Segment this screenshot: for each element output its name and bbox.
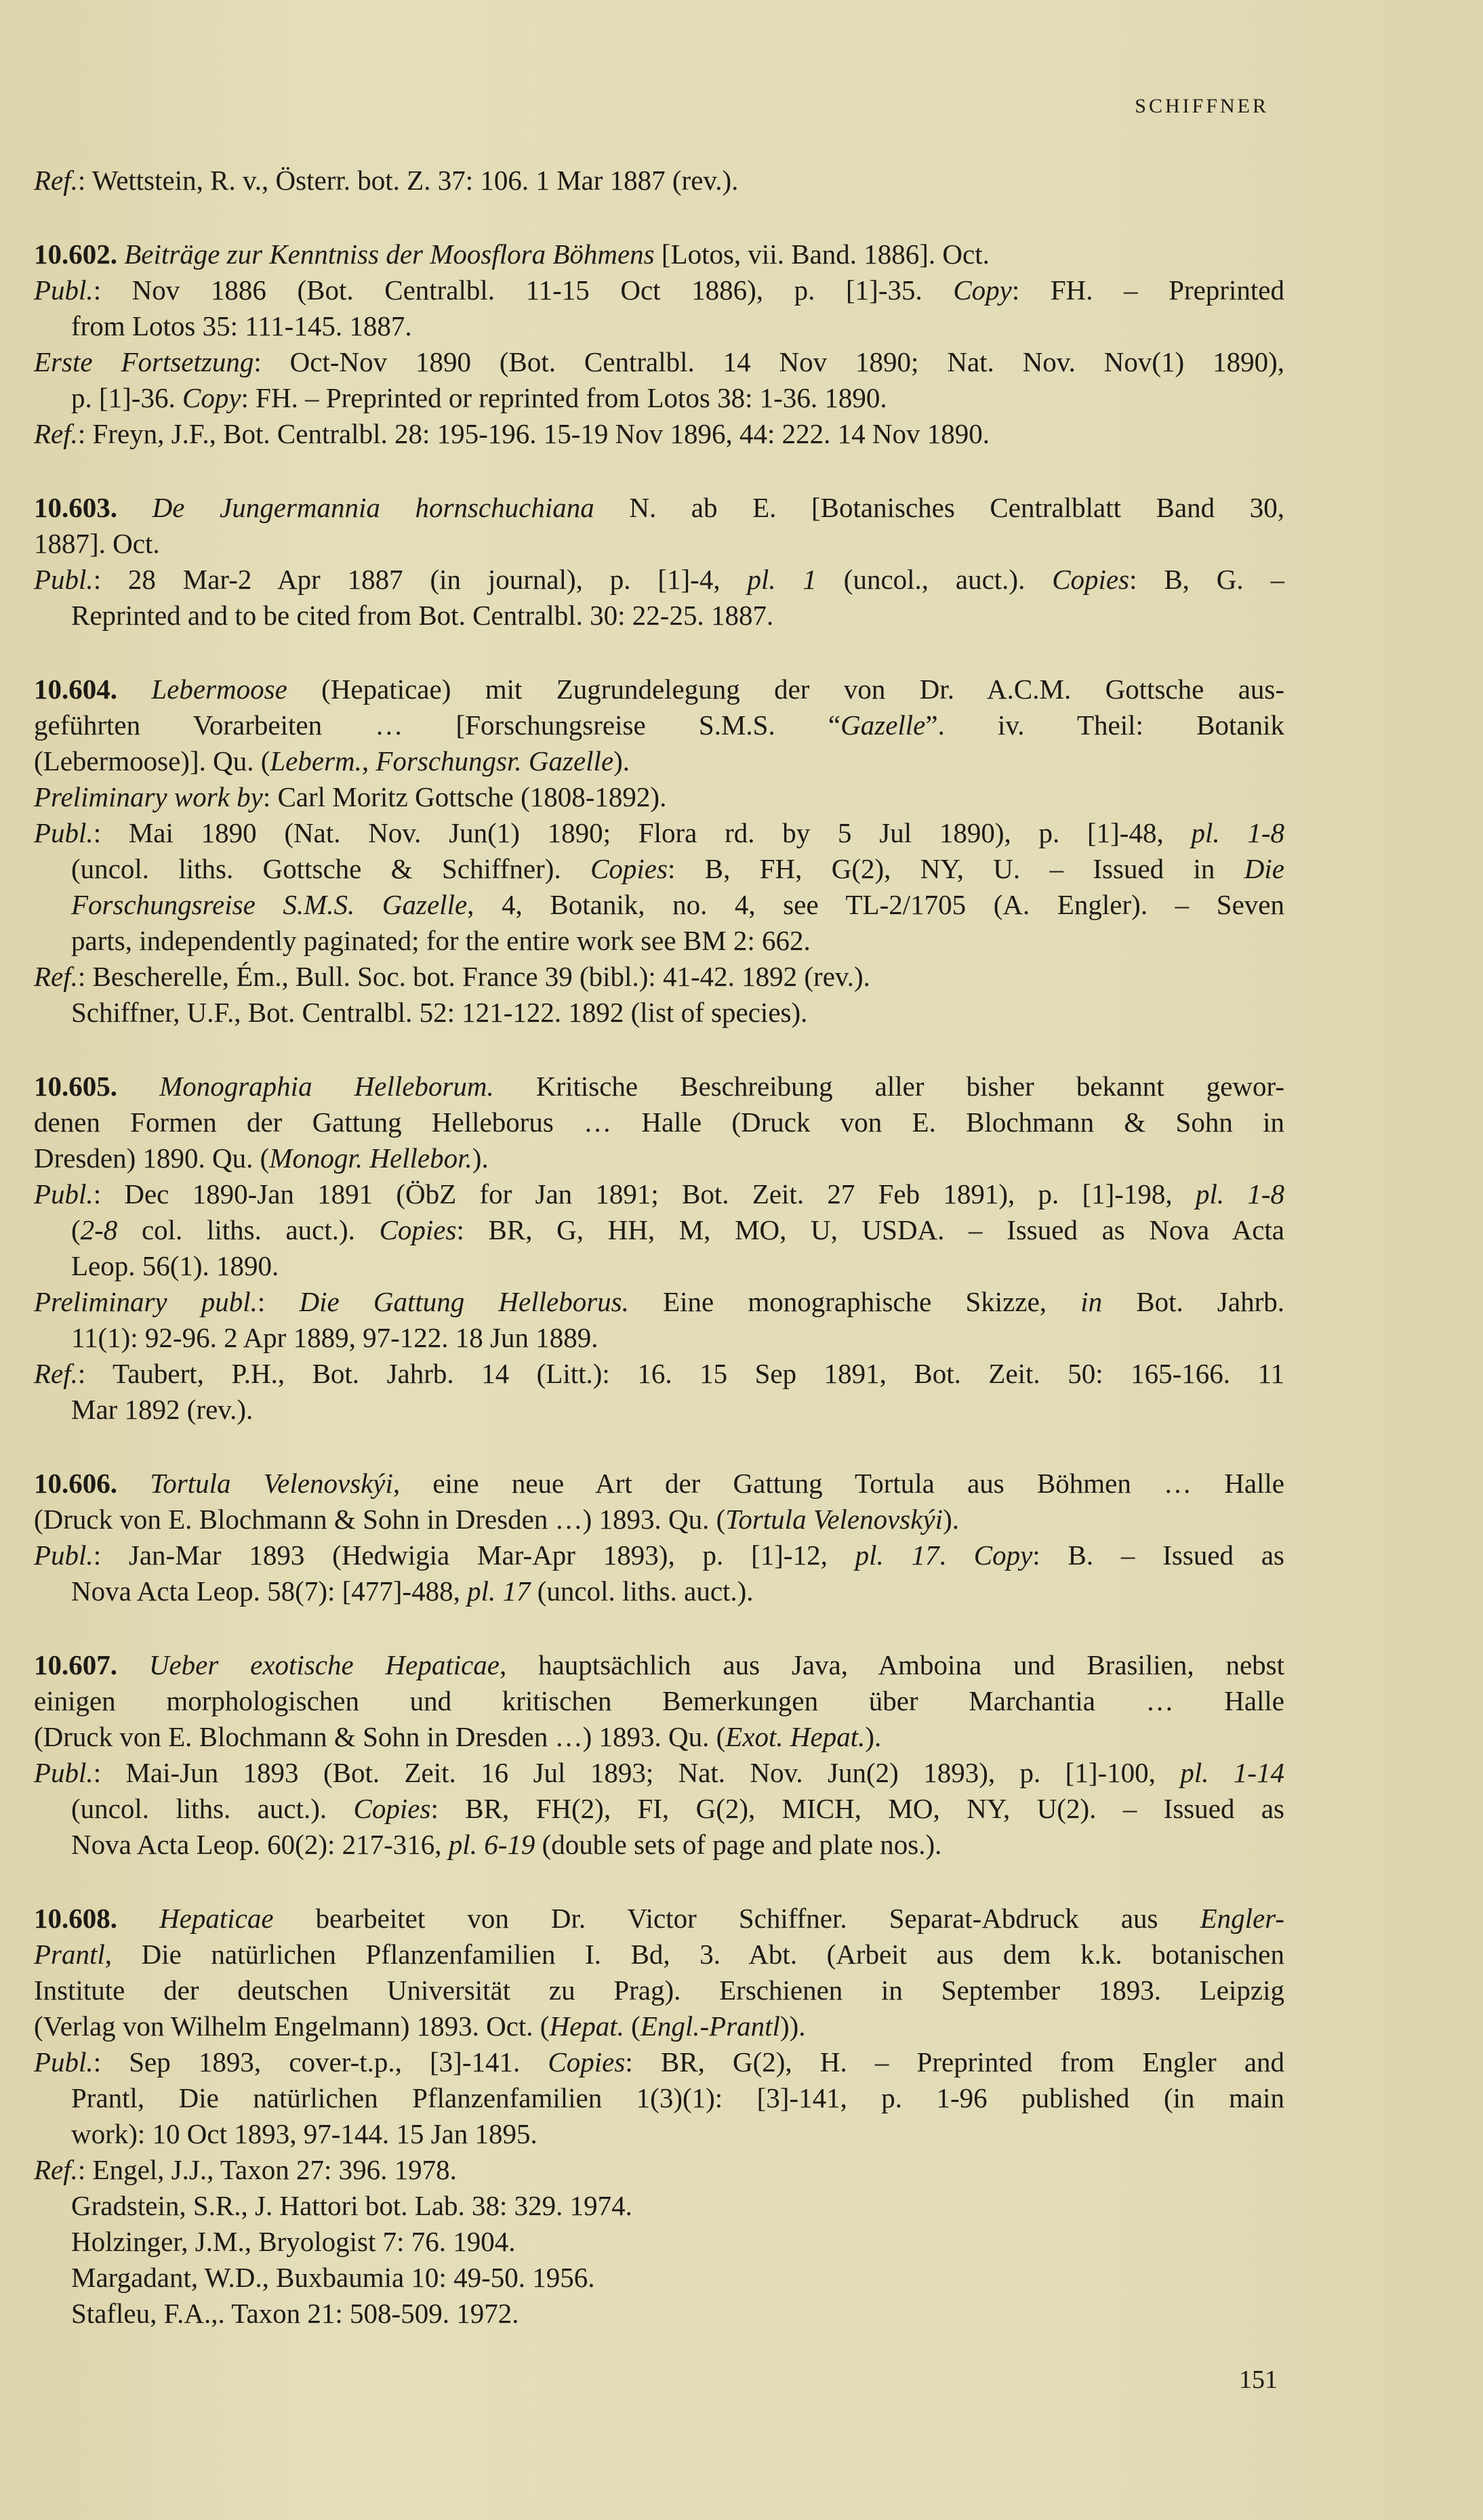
entry-line: 10.603. De Jungermannia hornschuchiana N… [34,490,1284,526]
entry-line: work): 10 Oct 1893, 97-144. 15 Jan 1895. [34,2116,1284,2152]
entry-line: Holzinger, J.M., Bryologist 7: 76. 1904. [34,2224,1284,2260]
entry-line: (Verlag von Wilhelm Engelmann) 1893. Oct… [34,2008,1284,2044]
italic-text: Tortula Velenovskýi [725,1504,943,1535]
text-run: ). [865,1721,881,1752]
italic-text: Monogr. Hellebor. [269,1142,472,1174]
text-run: : 28 Mar-2 Apr 1887 (in journal), p. [1]… [94,564,748,595]
text-run: Nova Acta Leop. 58(7): [477]-488, [71,1575,467,1607]
text-run: : Sep 1893, cover-t.p., [3]-141. [94,2046,548,2078]
text-run: (uncol. liths. auct.). [71,1793,354,1824]
italic-text: Forschungsreise S.M.S. Gazelle [71,889,467,920]
text-run: p. [1]-36. [71,382,182,413]
text-run: : Dec 1890-Jan 1891 (ÖbZ for Jan 1891; B… [94,1178,1196,1210]
entry-line: parts, independently paginated; for the … [34,923,1284,959]
italic-text: Ref. [34,165,78,196]
entry-line: 10.602. Beiträge zur Kenntniss der Moosf… [34,236,1284,272]
entry-line: Ref.: Wettstein, R. v., Österr. bot. Z. … [34,163,1284,199]
entry-line: Nova Acta Leop. 58(7): [477]-488, pl. 17… [34,1573,1284,1609]
text-run: Leop. 56(1). 1890. [71,1250,279,1281]
text-run: work): 10 Oct 1893, 97-144. 15 Jan 1895. [71,2118,537,2149]
entry-line: Publ.: 28 Mar-2 Apr 1887 (in journal), p… [34,562,1284,598]
text-run: : Freyn, J.F., Bot. Centralbl. 28: 195-1… [78,418,990,449]
entry-line: 1887]. Oct. [34,526,1284,562]
entry-line: (Lebermoose)]. Qu. (Leberm., Forschungsr… [34,743,1284,779]
entry-line: Publ.: Dec 1890-Jan 1891 (ÖbZ for Jan 18… [34,1176,1284,1212]
text-run: Stafleu, F.A.,. Taxon 21: 508-509. 1972. [71,2298,519,2329]
entry-line: Ref.: Freyn, J.F., Bot. Centralbl. 28: 1… [34,416,1284,452]
entry-line: Publ.: Mai-Jun 1893 (Bot. Zeit. 16 Jul 1… [34,1755,1284,1791]
entry-line: Ref.: Bescherelle, Ém., Bull. Soc. bot. … [34,959,1284,995]
entry-line: Dresden) 1890. Qu. (Monogr. Hellebor.). [34,1140,1284,1176]
entry-line: Gradstein, S.R., J. Hattori bot. Lab. 38… [34,2188,1284,2224]
entry-line: Prantl, Die natürlichen Pflanzenfamilien… [34,2080,1284,2116]
text-run: Reprinted and to be cited from Bot. Cent… [71,600,773,631]
italic-text: Ref. [34,1358,78,1389]
text-run: Institute der deutschen Universität zu P… [34,1975,1284,2006]
text-run: 11(1): 92-96. 2 Apr 1889, 97-122. 18 Jun… [71,1322,598,1353]
text-run: : BR, G, HH, M, MO, U, USDA. – Issued as… [456,1214,1284,1245]
text-run: (Verlag von Wilhelm Engelmann) 1893. Oct… [34,2010,549,2042]
italic-text: Monographia Helleborum. [159,1071,494,1102]
text-run: : B, FH, G(2), NY, U. – Issued in [668,853,1244,884]
text-run: : B. – Issued as [1032,1540,1284,1571]
text-run: Nova Acta Leop. 60(2): 217-316, [71,1829,449,1860]
text-run: : [258,1286,300,1317]
text-run: (double sets of page and plate nos.). [535,1829,941,1860]
text-run: from Lotos 35: 111-145. 1887. [71,310,412,342]
entry-line: Ref.: Engel, J.J., Taxon 27: 396. 1978. [34,2152,1284,2188]
italic-text: Lebermoose [151,674,287,705]
entry-line: (Druck von E. Blochmann & Sohn in Dresde… [34,1719,1284,1755]
entry-line: p. [1]-36. Copy: FH. – Preprinted or rep… [34,380,1284,416]
italic-text: Publ. [34,2046,94,2078]
entry-line: (Druck von E. Blochmann & Sohn in Dresde… [34,1502,1284,1537]
italic-text: Publ. [34,817,94,848]
text-run: bearbeitet von Dr. Victor Schiffner. Sep… [274,1903,1200,1934]
text-run: N. ab E. [Botanisches Centralblatt Band … [594,492,1284,523]
text-run: : B, G. – [1129,564,1284,595]
italic-text: Engl.-Prantl [641,2010,780,2042]
entry-line: 10.606. Tortula Velenovskýi, eine neue A… [34,1466,1284,1502]
entry-line: Leop. 56(1). 1890. [34,1248,1284,1284]
text-run: ( [624,2010,641,2042]
text-run: : Jan-Mar 1893 (Hedwigia Mar-Apr 1893), … [94,1540,855,1571]
text-run: : Mai-Jun 1893 (Bot. Zeit. 16 Jul 1893; … [94,1757,1181,1788]
italic-text: Copies [380,1214,457,1245]
text-run: , eine neue Art der Gattung Tortula aus … [393,1468,1284,1499]
text-run: ). [613,745,630,777]
text-run: Eine monographische Skizze, [629,1286,1080,1317]
text-run: (Druck von E. Blochmann & Sohn in Dresde… [34,1504,725,1535]
bibliography-entry: 10.604. Lebermoose (Hepaticae) mit Zugru… [34,672,1284,1031]
italic-text: Preliminary work by [34,781,263,812]
text-run: : BR, G(2), H. – Preprinted from Engler … [625,2046,1284,2078]
text-run: . [939,1540,974,1571]
entry-line: Nova Acta Leop. 60(2): 217-316, pl. 6-19… [34,1827,1284,1863]
text-run: : Engel, J.J., Taxon 27: 396. 1978. [78,2154,457,2185]
italic-text: Hepat. [549,2010,624,2042]
text-run: , Die natürlichen Pflanzenfamilien I. Bd… [105,1939,1284,1970]
text-run: Mar 1892 (rev.). [71,1394,253,1425]
text-run: : Carl Moritz Gottsche (1808-1892). [263,781,667,812]
text-run: )). [780,2010,806,2042]
italic-text: De Jungermannia hornschuchiana [153,492,594,523]
text-run: Kritische Beschreibung aller bisher beka… [494,1071,1284,1102]
entry-line: 10.605. Monographia Helleborum. Kritisch… [34,1069,1284,1104]
entry-line: geführten Vorarbeiten … [Forschungsreise… [34,707,1284,743]
italic-text: Copy [182,382,241,413]
text-run: Bot. Jahrb. [1102,1286,1284,1317]
italic-text: Copies [590,853,668,884]
italic-text: Ref. [34,2154,78,2185]
italic-text: Copies [354,1793,431,1824]
entry-line: denen Formen der Gattung Helleborus … Ha… [34,1104,1284,1140]
italic-text: Gazelle [840,709,925,741]
entry-line: Forschungsreise S.M.S. Gazelle, 4, Botan… [34,887,1284,923]
italic-text: pl. 1-8 [1191,817,1284,848]
text-run: parts, independently paginated; for the … [71,925,811,956]
text-run: (Druck von E. Blochmann & Sohn in Dresde… [34,1721,725,1752]
entry-number: 10.606. [34,1468,150,1499]
text-run: ( [71,1214,81,1245]
text-run: (Lebermoose)]. Qu. ( [34,745,270,777]
text-run: (Hepaticae) mit Zugrundelegung der von D… [287,674,1284,705]
entry-line: Publ.: Mai 1890 (Nat. Nov. Jun(1) 1890; … [34,815,1284,851]
italic-text: Publ. [34,1540,94,1571]
text-run: Schiffner, U.F., Bot. Centralbl. 52: 121… [71,997,807,1028]
italic-text: Tortula Velenovskýi [150,1468,393,1499]
entry-line: Preliminary publ.: Die Gattung Helleboru… [34,1284,1284,1320]
text-run: 1887]. Oct. [34,528,160,559]
italic-text: Prantl [34,1939,105,1970]
italic-text: Publ. [34,274,94,306]
italic-text: pl. 1-14 [1180,1757,1284,1788]
text-run: : BR, FH(2), FI, G(2), MICH, MO, NY, U(2… [430,1793,1284,1824]
bibliography-entry: 10.608. Hepaticae bearbeitet von Dr. Vic… [34,1901,1284,2332]
entry-line: 11(1): 92-96. 2 Apr 1889, 97-122. 18 Jun… [34,1320,1284,1356]
entry-number: 10.604. [34,674,151,705]
entry-line: (uncol. liths. auct.). Copies: BR, FH(2)… [34,1791,1284,1827]
text-run: Gradstein, S.R., J. Hattori bot. Lab. 38… [71,2190,632,2221]
entry-line: Publ.: Sep 1893, cover-t.p., [3]-141. Co… [34,2044,1284,2080]
italic-text: Ueber exotische Hepaticae [149,1649,500,1680]
text-run: (uncol., auct.). [817,564,1052,595]
italic-text: Copies [548,2046,625,2078]
text-run: ). [943,1504,959,1535]
bibliography-page: Ref.: Wettstein, R. v., Österr. bot. Z. … [34,163,1284,2370]
text-run: : Bescherelle, Ém., Bull. Soc. bot. Fran… [78,961,870,992]
text-run: : Nov 1886 (Bot. Centralbl. 11-15 Oct 18… [94,274,954,306]
italic-text: Beiträge zur Kenntniss der Moosflora Böh… [124,239,654,270]
text-run: (uncol. liths. auct.). [531,1575,754,1607]
entry-number: 10.607. [34,1649,149,1680]
entry-line: 10.607. Ueber exotische Hepaticae, haupt… [34,1647,1284,1683]
entry-line: from Lotos 35: 111-145. 1887. [34,308,1284,344]
italic-text: pl. 6-19 [449,1829,535,1860]
entry-line: 10.608. Hepaticae bearbeitet von Dr. Vic… [34,1901,1284,1937]
italic-text: in [1080,1286,1102,1317]
italic-text: Preliminary publ. [34,1286,258,1317]
italic-text: pl. 1 [747,564,817,595]
text-run: , 4, Botanik, no. 4, see TL-2/1705 (A. E… [467,889,1284,920]
italic-text: Ref. [34,418,78,449]
entry-line: Ref.: Taubert, P.H., Bot. Jahrb. 14 (Lit… [34,1356,1284,1392]
text-run: col. liths. auct.). [117,1214,379,1245]
italic-text: 2-8 [81,1214,118,1245]
entry-line: Publ.: Jan-Mar 1893 (Hedwigia Mar-Apr 18… [34,1537,1284,1573]
entry-number: 10.605. [34,1071,159,1102]
entry-number: 10.602. [34,239,124,270]
text-run: : FH. – Preprinted or reprinted from Lot… [241,382,887,413]
text-run: Dresden) 1890. Qu. ( [34,1142,269,1174]
entry-line: Schiffner, U.F., Bot. Centralbl. 52: 121… [34,995,1284,1031]
italic-text: Leberm., Forschungsr. Gazelle [270,745,613,777]
entry-line: einigen morphologischen und kritischen B… [34,1683,1284,1719]
italic-text: Ref. [34,961,78,992]
text-run: ”. iv. Theil: Botanik [925,709,1284,741]
italic-text: Hepaticae [159,1903,273,1934]
text-run: Margadant, W.D., Buxbaumia 10: 49-50. 19… [71,2262,594,2293]
bibliography-entry: 10.606. Tortula Velenovskýi, eine neue A… [34,1466,1284,1609]
entry-line: (uncol. liths. Gottsche & Schiffner). Co… [34,851,1284,887]
entry-line: Stafleu, F.A.,. Taxon 21: 508-509. 1972. [34,2296,1284,2332]
reference-continuation: Ref.: Wettstein, R. v., Österr. bot. Z. … [34,163,1284,199]
italic-text: Exot. Hepat. [725,1721,865,1752]
entry-line: Preliminary work by: Carl Moritz Gottsch… [34,779,1284,815]
italic-text: Copies [1052,564,1129,595]
entry-line: Publ.: Nov 1886 (Bot. Centralbl. 11-15 O… [34,272,1284,308]
entry-number: 10.608. [34,1903,159,1934]
italic-text: Copy [953,274,1012,306]
text-run: Prantl, Die natürlichen Pflanzenfamilien… [71,2082,1284,2113]
italic-text: pl. 17 [855,1540,939,1571]
text-run: (uncol. liths. Gottsche & Schiffner). [71,853,590,884]
text-run: [Lotos, vii. Band. 1886]. Oct. [655,239,990,270]
text-run: : Taubert, P.H., Bot. Jahrb. 14 (Litt.):… [78,1358,1284,1389]
italic-text: Erste Fortsetzung [34,346,253,377]
entry-line: Prantl, Die natürlichen Pflanzenfamilien… [34,1937,1284,1972]
bibliography-entry: 10.607. Ueber exotische Hepaticae, haupt… [34,1647,1284,1863]
italic-text: Engler- [1200,1903,1284,1934]
bibliography-entry: 10.605. Monographia Helleborum. Kritisch… [34,1069,1284,1428]
italic-text: Copy [974,1540,1033,1571]
text-run: Holzinger, J.M., Bryologist 7: 76. 1904. [71,2226,515,2257]
italic-text: Publ. [34,1757,94,1788]
bibliography-entry: 10.603. De Jungermannia hornschuchiana N… [34,490,1284,634]
text-run: : Wettstein, R. v., Österr. bot. Z. 37: … [78,165,739,196]
text-run: : Mai 1890 (Nat. Nov. Jun(1) 1890; Flora… [94,817,1192,848]
entry-line: Margadant, W.D., Buxbaumia 10: 49-50. 19… [34,2260,1284,2296]
bibliography-entry: 10.602. Beiträge zur Kenntniss der Moosf… [34,236,1284,452]
text-run: , hauptsächlich aus Java, Amboina und Br… [500,1649,1284,1680]
text-run: geführten Vorarbeiten … [Forschungsreise… [34,709,840,741]
entry-line: Erste Fortsetzung: Oct-Nov 1890 (Bot. Ce… [34,344,1284,380]
entry-line: 10.604. Lebermoose (Hepaticae) mit Zugru… [34,672,1284,707]
text-run: denen Formen der Gattung Helleborus … Ha… [34,1107,1284,1138]
text-run: ). [472,1142,489,1174]
text-run: : FH. – Preprinted [1012,274,1284,306]
entry-number: 10.603. [34,492,153,523]
entry-line: Mar 1892 (rev.). [34,1392,1284,1428]
entry-line: Institute der deutschen Universität zu P… [34,1972,1284,2008]
italic-text: Die [1244,853,1284,884]
italic-text: Publ. [34,564,94,595]
text-run: einigen morphologischen und kritischen B… [34,1685,1284,1716]
italic-text: Publ. [34,1178,94,1210]
page-number: 151 [1239,2365,1278,2395]
text-run: : Oct-Nov 1890 (Bot. Centralbl. 14 Nov 1… [253,346,1284,377]
running-head: SCHIFFNER [1135,95,1269,118]
italic-text: pl. 1-8 [1196,1178,1284,1210]
entry-line: (2-8 col. liths. auct.). Copies: BR, G, … [34,1212,1284,1248]
entry-line: Reprinted and to be cited from Bot. Cent… [34,598,1284,634]
italic-text: pl. 17 [467,1575,530,1607]
italic-text: Die Gattung Helleborus. [299,1286,628,1317]
